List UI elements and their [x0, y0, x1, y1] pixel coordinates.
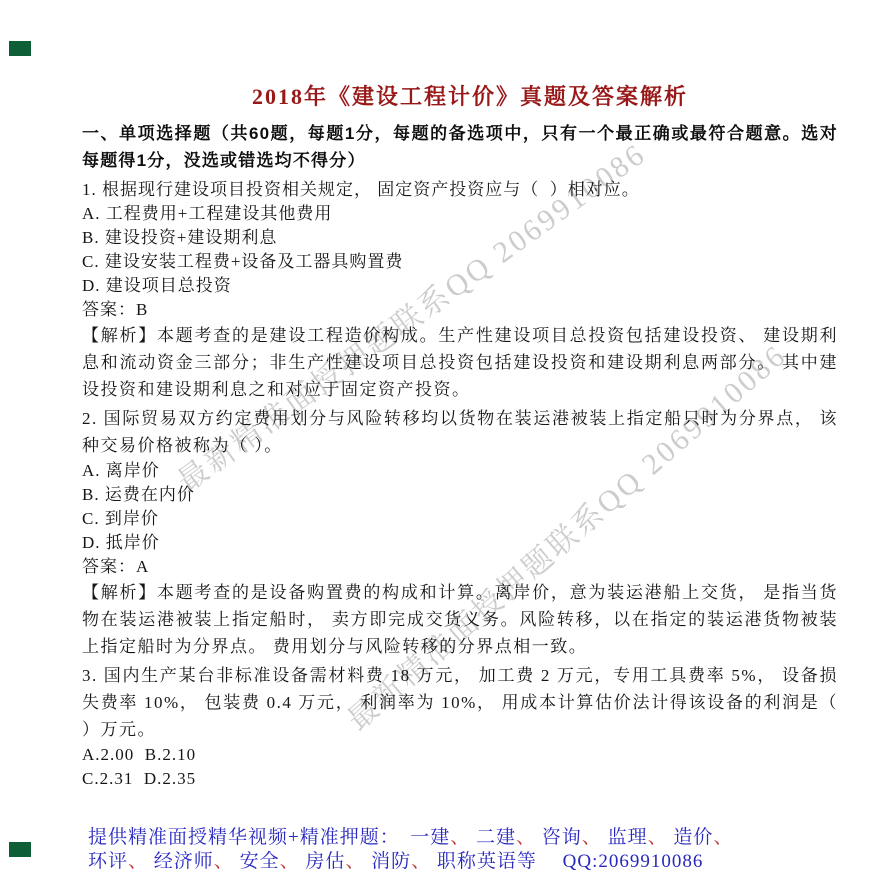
question-1: 1. 根据现行建设项目投资相关规定， 固定资产投资应与（ ）相对应。 A. 工程…: [82, 178, 838, 403]
question-option: A. 工程费用+工程建设其他费用: [82, 202, 838, 226]
question-3: 3. 国内生产某台非标准设备需材料费 18 万元， 加工费 2 万元，专用工具费…: [82, 662, 838, 791]
footer-text-segment: 一建: [410, 827, 450, 848]
question-option: B. 建设投资+建设期利息: [82, 226, 838, 250]
footer-text-segment: 、: [450, 827, 476, 848]
question-stem: 3. 国内生产某台非标准设备需材料费 18 万元， 加工费 2 万元，专用工具费…: [82, 662, 838, 743]
question-2: 2. 国际贸易双方约定费用划分与风险转移均以货物在装运港被装上指定船只时为分界点…: [82, 405, 838, 660]
footer-line-2: 环评、 经济师、 安全、 房估、 消防、 职称英语等 QQ:2069910086: [88, 850, 830, 874]
footer-text-segment: 房估: [305, 851, 345, 872]
footer-text-segment: 、: [128, 851, 154, 872]
footer-text-segment: 、: [345, 851, 371, 872]
footer-text-segment: 监理: [608, 827, 648, 848]
section-header: 一、单项选择题（共60题，每题1分，每题的备选项中，只有一个最正确或最符合题意。…: [82, 120, 838, 174]
analysis-paragraph: 【解析】本题考查的是建设工程造价构成。生产性建设项目总投资包括建设投资、 建设期…: [82, 322, 838, 403]
footer-text-segment: 提供精准面授精华视频+精准押题：: [88, 827, 410, 848]
question-option: A.2.00 B.2.10: [82, 743, 838, 767]
green-corner-mark-top: [9, 41, 31, 56]
footer-text-segment: 、: [516, 827, 542, 848]
question-option: D. 抵岸价: [82, 531, 838, 555]
footer-text-segment: 、: [280, 851, 306, 872]
footer-text-segment: 、: [582, 827, 608, 848]
question-stem: 2. 国际贸易双方约定费用划分与风险转移均以货物在装运港被装上指定船只时为分界点…: [82, 405, 838, 459]
footer-text-segment: 二建: [476, 827, 516, 848]
page-title: 2018年《建设工程计价》真题及答案解析: [60, 80, 880, 111]
footer-text-segment: 咨询: [542, 827, 582, 848]
footer: 提供精准面授精华视频+精准押题： 一建、 二建、 咨询、 监理、 造价、 环评、…: [88, 826, 830, 874]
question-option: C. 建设安装工程费+设备及工器具购置费: [82, 250, 838, 274]
footer-text-segment: 、: [214, 851, 240, 872]
analysis-paragraph: 【解析】本题考查的是设备购置费的构成和计算。离岸价，意为装运港船上交货， 是指当…: [82, 579, 838, 660]
footer-text-segment: 造价: [673, 827, 713, 848]
footer-text-segment: 职称英语等: [437, 851, 537, 872]
footer-text-segment: 安全: [240, 851, 280, 872]
question-stem: 1. 根据现行建设项目投资相关规定， 固定资产投资应与（ ）相对应。: [82, 178, 838, 202]
green-corner-mark-bottom: [9, 842, 31, 857]
question-option: B. 运费在内价: [82, 483, 838, 507]
footer-text-segment: 、: [713, 827, 733, 848]
answer-line: 答案：B: [82, 298, 838, 322]
question-option: A. 离岸价: [82, 459, 838, 483]
footer-text-segment: 消防: [371, 851, 411, 872]
footer-text-segment: 、: [648, 827, 674, 848]
question-option: D. 建设项目总投资: [82, 274, 838, 298]
footer-text-segment: 、: [411, 851, 437, 872]
answer-line: 答案：A: [82, 555, 838, 579]
footer-text-segment: 经济师: [154, 851, 214, 872]
document-page: 最新精准面授押题联系QQ 2069910086最新精准面授押题联系QQ 2069…: [0, 0, 880, 880]
question-option: C.2.31 D.2.35: [82, 767, 838, 791]
footer-line-1: 提供精准面授精华视频+精准押题： 一建、 二建、 咨询、 监理、 造价、: [88, 826, 830, 850]
question-option: C. 到岸价: [82, 507, 838, 531]
footer-text-segment: QQ:2069910086: [537, 851, 703, 872]
document-body: 一、单项选择题（共60题，每题1分，每题的备选项中，只有一个最正确或最符合题意。…: [82, 120, 838, 793]
footer-text-segment: 环评: [88, 851, 128, 872]
